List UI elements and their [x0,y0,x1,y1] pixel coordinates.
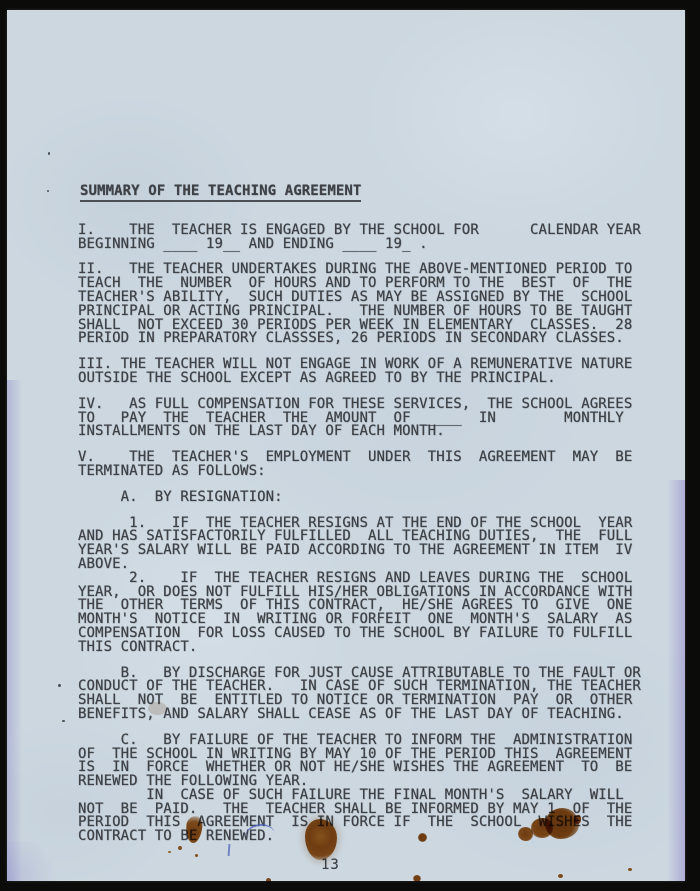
stain-speck [266,878,271,883]
item-a2: 2. IF THE TEACHER RESIGNS AND LEAVES DUR… [78,572,663,655]
stain-faint-smudge [148,702,167,715]
stain-right-speck [574,815,581,824]
stain-speck [168,851,171,853]
ink-speck [62,720,65,722]
scanned-paper: SUMMARY OF THE TEACHING AGREEMENT I. THE… [7,10,685,881]
stain-right-small [518,827,533,841]
clause-iv: IV. AS FULL COMPENSATION FOR THESE SERVI… [78,398,663,439]
blue-pen-dash [228,844,231,856]
stain-right-blob [531,818,553,838]
stain-speck [628,868,632,871]
ink-speck [47,190,49,192]
clause-v: V. THE TEACHER'S EMPLOYMENT UNDER THIS A… [78,451,663,479]
section-a-heading: A. BY RESIGNATION: [78,491,663,505]
clause-iii: III. THE TEACHER WILL NOT ENGAGE IN WORK… [78,358,663,386]
document-title: SUMMARY OF THE TEACHING AGREEMENT [80,185,361,202]
stain-speck [558,874,563,878]
document-body: SUMMARY OF THE TEACHING AGREEMENT I. THE… [78,185,663,844]
stain-speck [195,854,198,857]
ink-speck [58,684,61,687]
edge-tint-right [667,480,685,881]
stain-large-center [305,819,337,860]
scan-background: { "page": { "page_number": "13", "colors… [0,0,700,891]
section-b: B. BY DISCHARGE FOR JUST CAUSE ATTRIBUTA… [78,667,663,722]
section-c: C. BY FAILURE OF THE TEACHER TO INFORM T… [78,734,663,789]
stain-speck [418,833,427,842]
stain-speck [178,846,182,850]
clause-ii: II. THE TEACHER UNDERTAKES DURING THE AB… [78,263,663,346]
edge-tint-bottom-left [7,841,67,881]
stain-speck [413,875,421,882]
item-a1: 1. IF THE TEACHER RESIGNS AT THE END OF … [78,517,663,572]
edge-tint-left [7,380,22,881]
ink-speck [48,152,50,155]
clause-i: I. THE TEACHER IS ENGAGED BY THE SCHOOL … [78,224,663,252]
